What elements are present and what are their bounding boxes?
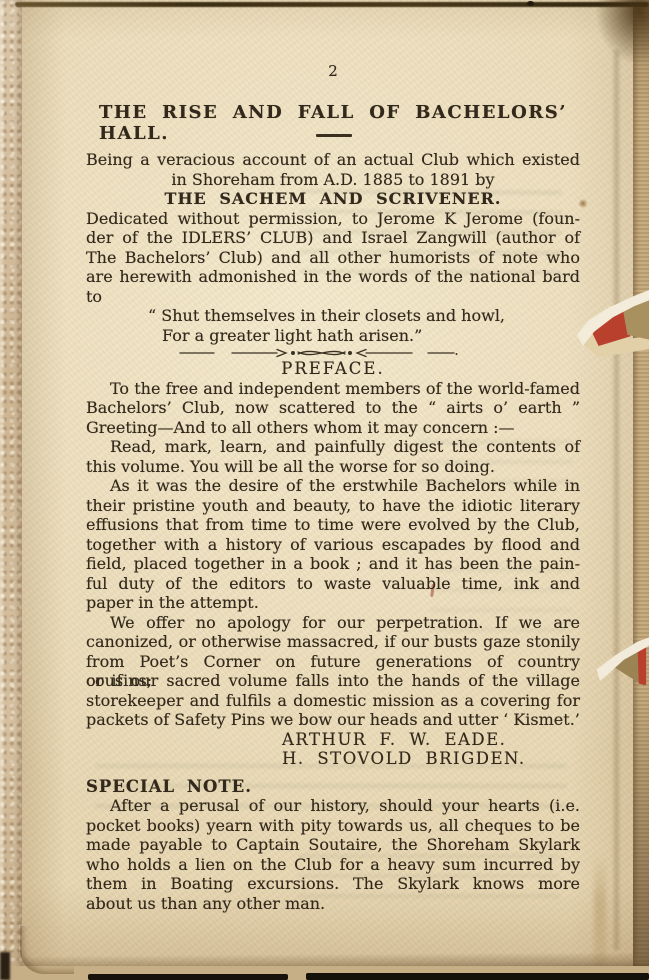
text-line: pocket books) yearn with pity towards us…	[86, 816, 580, 836]
title-rule	[316, 134, 352, 137]
text-line: packets of Safety Pins we bow our heads …	[86, 710, 580, 730]
text-line: who holds a lien on the Club for a heavy…	[86, 855, 580, 875]
text-line: made payable to Captain Soutaire, the Sh…	[86, 835, 580, 855]
page-crease	[612, 50, 621, 950]
text-line: As it was the desire of the erstwhile Ba…	[86, 476, 580, 496]
byline-sachem-scrivener: THE SACHEM AND SCRIVENER.	[86, 189, 580, 209]
text-line: canonized, or otherwise massacred, if ou…	[86, 632, 580, 652]
text-column: Being a veracious account of an actual C…	[86, 150, 580, 913]
bottom-left-corner-shade	[20, 926, 74, 974]
text-line: or if our sacred volume falls into the h…	[86, 671, 580, 691]
text-line: paper in the attempt.	[86, 593, 580, 613]
text-line: them in Boating excursions. The Skylark …	[86, 874, 580, 894]
vertical-gap	[86, 769, 580, 777]
signature-line: ARTHUR F. W. EADE.	[86, 730, 580, 750]
text-line: from Poet’s Corner on future generations…	[86, 652, 580, 672]
text-line: Dedicated without permission, to Jerome …	[86, 209, 580, 229]
text-line: field, placed together in a book ; and i…	[86, 554, 580, 574]
preface-heading: PREFACE.	[86, 359, 580, 379]
scanned-book-page: 2 THE RISE AND FALL OF BACHELORS’ HALL. …	[0, 0, 649, 980]
epigraph-line: “ Shut themselves in their closets and h…	[86, 306, 580, 326]
flourish-divider-icon	[178, 345, 458, 359]
text-line: The Bachelors’ Club) and all other humor…	[86, 248, 580, 268]
bottom-dark-strip	[306, 973, 649, 980]
text-line: effusions that from time to time were ev…	[86, 515, 580, 535]
text-line: Greeting—And to all others whom it may c…	[86, 418, 580, 438]
text-line: their pristine youth and beauty, to have…	[86, 496, 580, 516]
special-note-heading: SPECIAL NOTE.	[86, 777, 580, 797]
text-line: Bachelors’ Club, now scattered to the “ …	[86, 398, 580, 418]
text-line: Being a veracious account of an actual C…	[86, 150, 580, 170]
text-line: in Shoreham from A.D. 1885 to 1891 by	[86, 170, 580, 190]
text-line: Read, mark, learn, and painfully digest …	[86, 437, 580, 457]
text-line: are herewith admonished in the words of …	[86, 267, 580, 287]
bottom-left-shadow	[0, 952, 10, 980]
text-line: der of the IDLERS’ CLUB) and Israel Zang…	[86, 228, 580, 248]
bottom-dark-strip	[88, 974, 288, 980]
section-divider	[86, 345, 580, 359]
signature-line: H. STOVOLD BRIGDEN.	[86, 749, 580, 769]
text-line: to	[86, 287, 580, 307]
text-line: To the free and independent members of t…	[86, 379, 580, 399]
text-line: We offer no apology for our perpetration…	[86, 613, 580, 633]
text-line: After a perusal of our history, should y…	[86, 796, 580, 816]
text-line: storekeeper and fulfils a domestic missi…	[86, 691, 580, 711]
top-right-stain	[596, 0, 649, 64]
paper-tear	[577, 290, 649, 370]
text-line: about us than any other man.	[86, 894, 580, 914]
text-line: together with a history of various escap…	[86, 535, 580, 555]
epigraph-line: For a greater light hath arisen.”	[86, 326, 580, 346]
page-fore-edge	[633, 6, 649, 974]
page-number: 2	[86, 62, 580, 80]
text-line: ful duty of the editors to waste valuabl…	[86, 574, 580, 594]
top-edge-shadow	[15, 2, 649, 7]
dark-speck	[527, 1, 534, 6]
book-binding-edge	[0, 0, 24, 980]
paper-tear	[592, 636, 649, 706]
text-line: this volume. You will be all the worse f…	[86, 457, 580, 477]
page-title: THE RISE AND FALL OF BACHELORS’ HALL.	[86, 102, 580, 144]
